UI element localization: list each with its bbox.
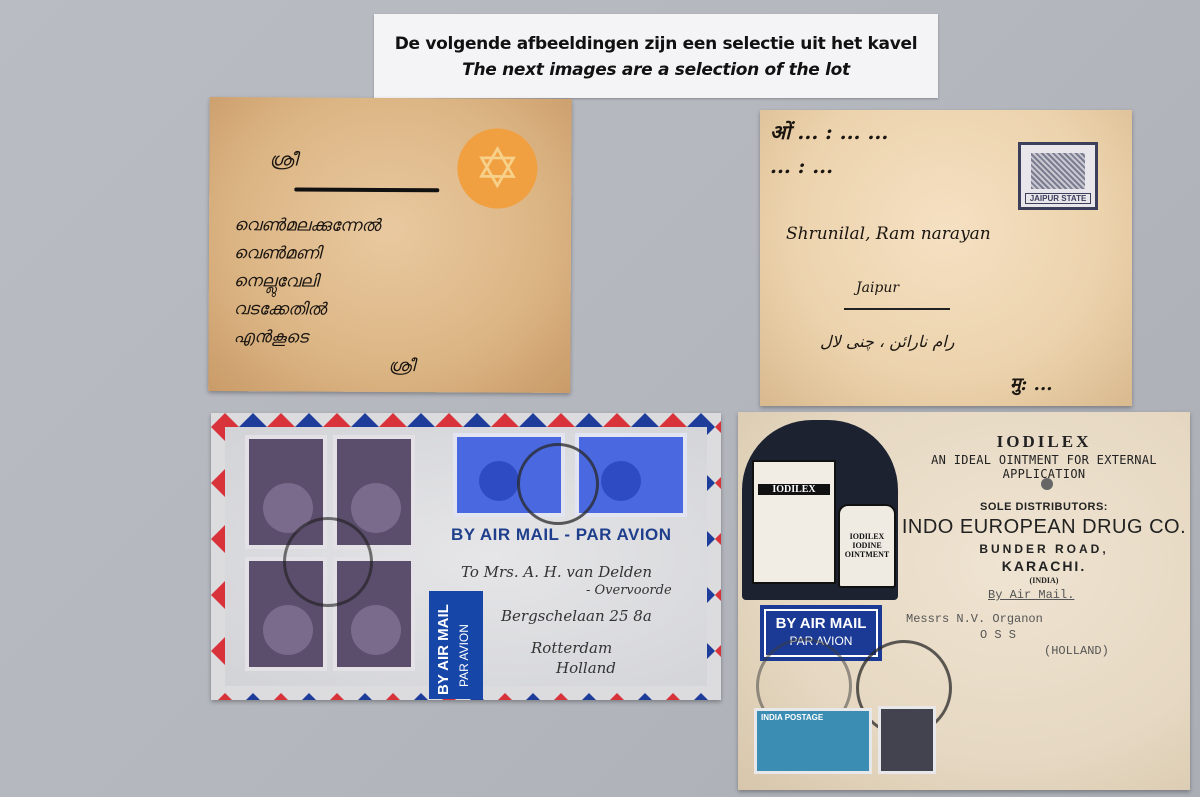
- caption-english: The next images are a selection of the l…: [374, 60, 938, 80]
- airmail-text: BY AIR MAIL - PAR AVION: [451, 525, 672, 545]
- address-line: Holland: [556, 659, 616, 677]
- address-line: - Overvoorde: [586, 583, 672, 598]
- script-line: ओं ... : ... ...: [770, 118, 888, 145]
- addressee: Messrs N.V. Organon: [906, 612, 1043, 626]
- by-air-mail-typed: By Air Mail.: [988, 588, 1074, 602]
- envelope-jaipur: ओं ... : ... ... ... : ... JAIPUR STATE …: [760, 110, 1132, 406]
- product-box: IODILEX: [752, 460, 836, 584]
- airmail-label-line1: BY AIR MAIL: [762, 615, 880, 632]
- orange-star-stamp-icon: ✡: [457, 128, 537, 208]
- address-line: വെൺമലക്കുന്നേൽ: [234, 215, 380, 238]
- address-line: To Mrs. A. H. van Delden: [461, 563, 652, 581]
- sole-distributors: SOLE DISTRIBUTORS:: [898, 501, 1190, 513]
- product-jar: IODILEX IODINE OINTMENT: [838, 504, 896, 588]
- brand-name: IODILEX: [898, 432, 1190, 452]
- jaipur-stamp-icon: JAIPUR STATE: [1018, 142, 1098, 210]
- destination: (HOLLAND): [1044, 644, 1109, 658]
- envelope-iodilex: IODILEX IODILEX IODINE OINTMENT IODILEX …: [738, 412, 1190, 790]
- tagline: AN IDEAL OINTMENT FOR EXTERNAL APPLICATI…: [898, 453, 1190, 481]
- company-name: INDO EUROPEAN DRUG CO.: [898, 516, 1190, 539]
- caption-label: De volgende afbeeldingen zijn een select…: [374, 14, 938, 98]
- city-line: Jaipur: [856, 280, 899, 296]
- stamp-caption: JAIPUR STATE: [1025, 193, 1091, 204]
- envelope-airmail-rotterdam: BY AIR MAIL - PAR AVION BY AIR MAIL PAR …: [211, 413, 721, 700]
- script-line: मु: ...: [1010, 372, 1052, 396]
- jar-label: IODILEX IODINE OINTMENT: [842, 532, 892, 559]
- urdu-line: رام نارائن ، چنی لال: [820, 332, 955, 351]
- underline: [294, 187, 439, 192]
- iodilex-advert-icon: IODILEX IODILEX IODINE OINTMENT: [742, 420, 898, 600]
- address-line: Bergschelaan 25 8a: [501, 607, 652, 625]
- box-label: IODILEX: [758, 484, 830, 495]
- underline: [844, 308, 950, 310]
- company-country: (INDIA): [898, 576, 1190, 585]
- airmail-label: BY AIR MAIL PAR AVION: [429, 591, 483, 699]
- airmail-label-line2: PAR AVION: [457, 624, 471, 687]
- address-line: Shrunilal, Ram narayan: [786, 224, 991, 244]
- caption-dutch: De volgende afbeeldingen zijn een select…: [374, 34, 938, 54]
- postmark-icon: [283, 517, 373, 607]
- stamp-caption: INDIA POSTAGE: [761, 713, 823, 722]
- address-line: വടക്കേതിൽ: [234, 299, 327, 321]
- address-line: നെല്ലുവേലി: [234, 271, 319, 293]
- company-road: BUNDER ROAD,: [898, 542, 1190, 556]
- airmail-label-line1: BY AIR MAIL: [435, 604, 452, 695]
- heading-script: ശ്രീ: [269, 149, 297, 170]
- stamp-image: [1031, 153, 1085, 189]
- bullet-dot-icon: [1041, 478, 1053, 490]
- address-line: വെൺമണി: [234, 243, 321, 265]
- signature: ശ്രീ: [388, 356, 415, 378]
- town: O S S: [980, 628, 1016, 642]
- script-line: ... : ...: [770, 154, 833, 178]
- postmark-icon: [517, 443, 599, 525]
- envelope-malayalam: ✡ ശ്രീ വെൺമലക്കുന്നേൽ വെൺമണി നെല്ലുവേലി …: [208, 97, 572, 393]
- ship-stamp-icon: INDIA POSTAGE: [754, 708, 872, 774]
- king-stamp-icon: [878, 706, 936, 774]
- address-line: എൻകൂടെ: [233, 327, 308, 349]
- address-line: Rotterdam: [531, 639, 612, 657]
- company-city: KARACHI.: [898, 558, 1190, 574]
